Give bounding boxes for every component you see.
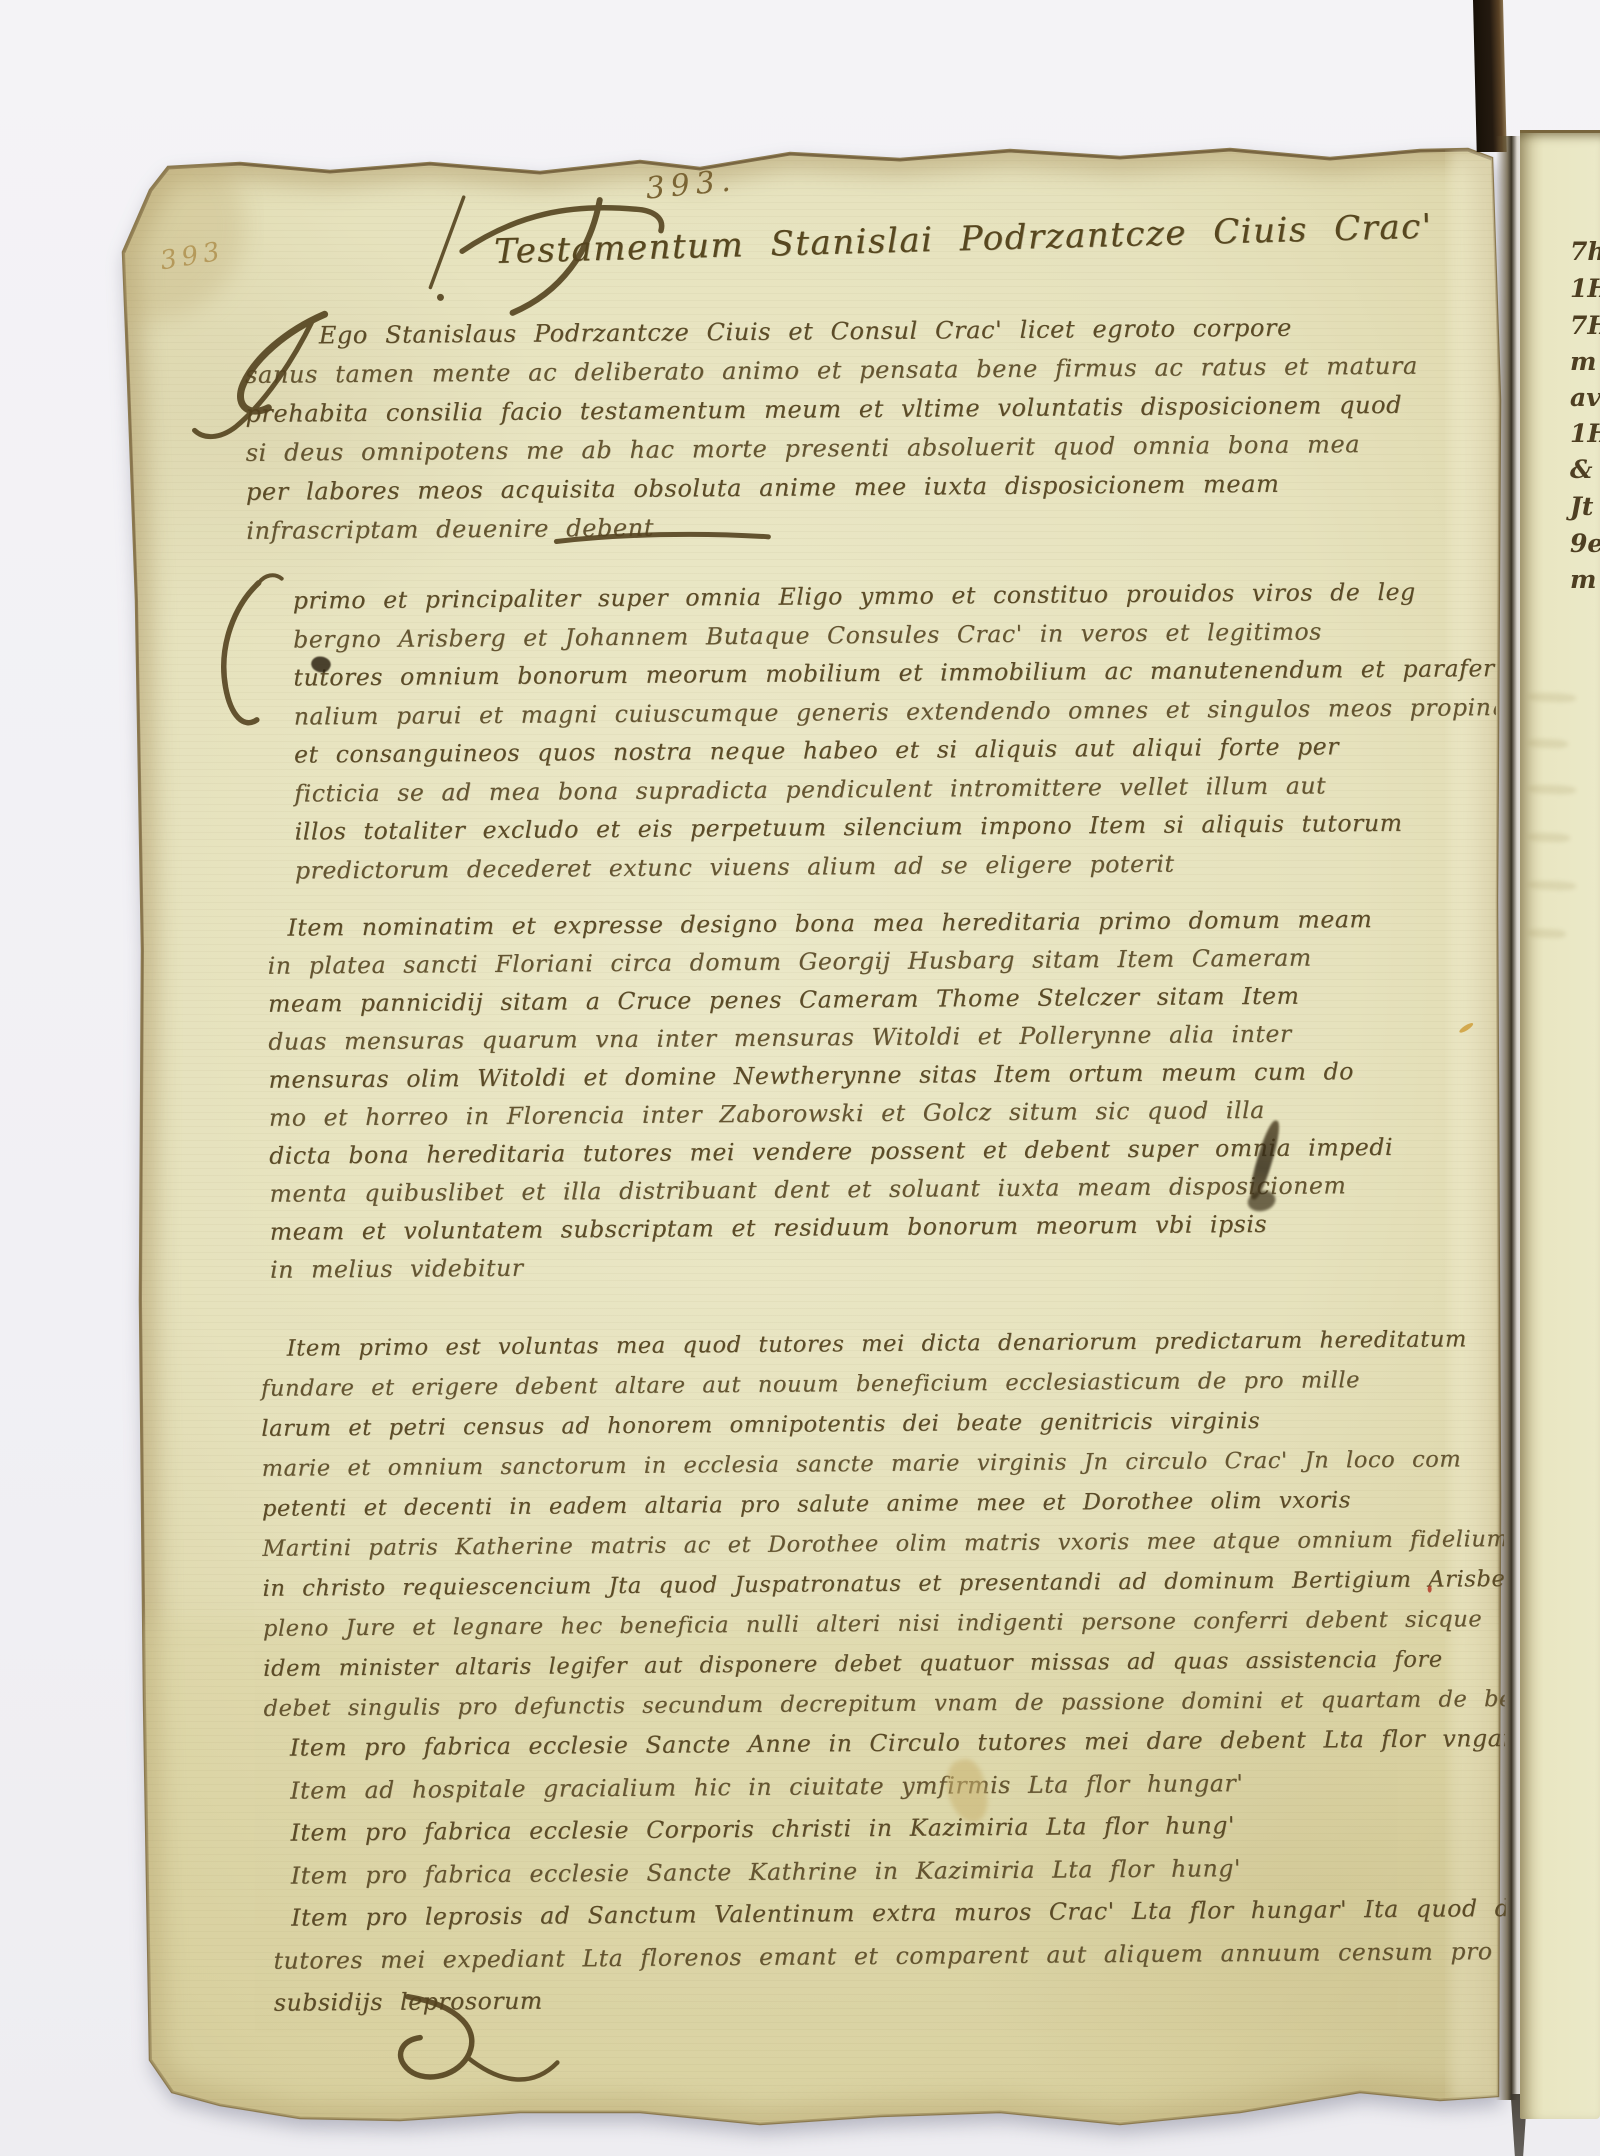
paragraph-tutores: primo et principaliter super omnia Eligo… — [293, 572, 1552, 890]
paragraph-legata: Item pro fabrica ecclesie Sancte Anne in… — [272, 1717, 1551, 2025]
heading-paraph-dot — [437, 294, 444, 301]
manuscript-line: infrascriptam deuenire debent — [246, 503, 1419, 551]
facing-text-fragment: 7h — [1570, 237, 1600, 266]
facing-text-fragment: Jt — [1570, 492, 1593, 521]
facing-text-fragment: av — [1570, 383, 1600, 412]
manuscript-line: in melius videbitur — [270, 1242, 1394, 1289]
show-through-text — [1528, 784, 1576, 795]
facing-text-fragment: & — [1570, 455, 1593, 484]
paragraph-opening: Ego Stanislaus Podrzantcze Ciuis et Cons… — [245, 308, 1420, 551]
initial-flourish-p2-hook — [259, 575, 282, 583]
folio-number-top: 393. — [644, 163, 738, 206]
heading-paraph-slash — [430, 197, 465, 287]
facing-page-sliver: 7h 1H 7H m av 1H & Jt 9e m — [1520, 130, 1600, 2119]
ochre-fleck — [1458, 1021, 1474, 1034]
paragraph-altare-fundacio: Item primo est voluntas mea quod tutores… — [261, 1317, 1600, 1729]
facing-text-fragment: 1H — [1570, 419, 1600, 448]
show-through-text — [1528, 692, 1576, 703]
show-through-text — [1528, 738, 1568, 748]
facing-text-fragment: m — [1570, 347, 1596, 376]
show-through-text — [1528, 832, 1570, 842]
handwriting-layer: 393 393. Testamentum Stanislai Podrzantc… — [0, 0, 1600, 2156]
red-fleck — [1428, 1586, 1432, 1593]
facing-text-fragment: 7H — [1570, 311, 1600, 340]
facing-text-fragment: 9e — [1570, 529, 1600, 558]
document-title: Testamentum Stanislai Podrzantcze Ciuis … — [494, 207, 1433, 272]
initial-flourish-p2 — [223, 583, 260, 723]
show-through-text — [1528, 880, 1576, 891]
scan-background: { "doc": { "folio_top": "393.", "folio_m… — [0, 0, 1600, 2156]
show-through-text — [1528, 928, 1566, 938]
folio-number-margin: 393 — [158, 236, 227, 276]
binding-strip — [1473, 0, 1507, 152]
facing-text-fragment: 1H — [1570, 274, 1600, 303]
paragraph-bona-hereditaria: Item nominatim et expresse designo bona … — [267, 900, 1394, 1289]
final-flourish-tail — [467, 2057, 557, 2080]
facing-text-fragment: m — [1570, 565, 1596, 594]
